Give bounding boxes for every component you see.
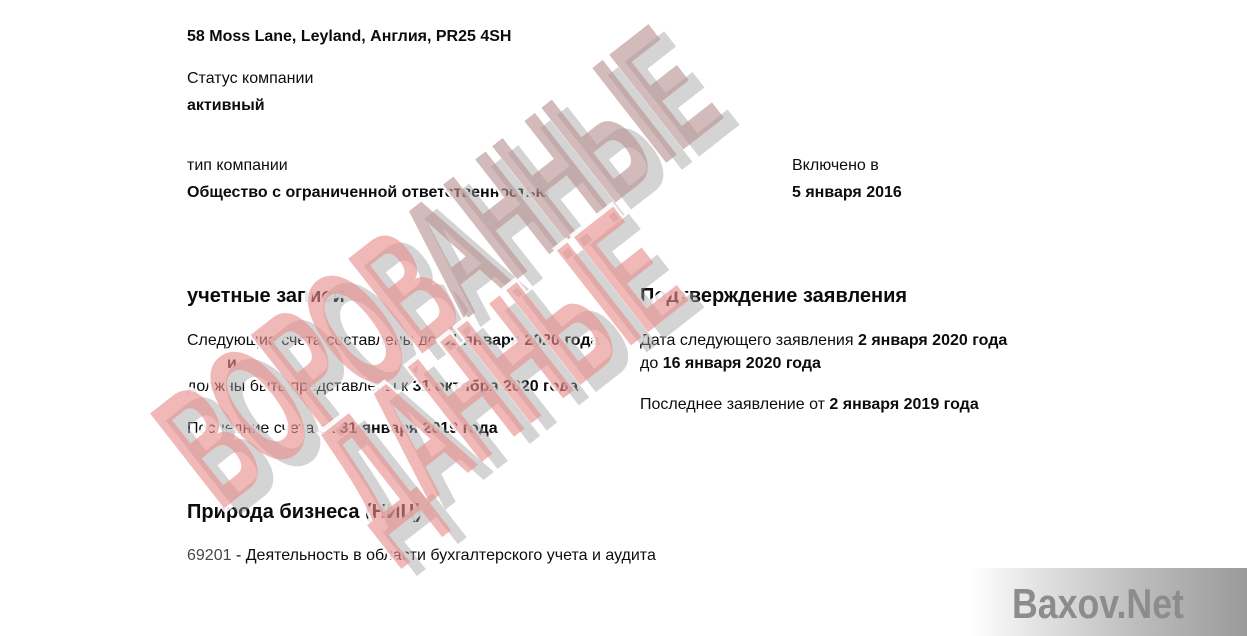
watermark-text: Baxov.Net bbox=[1012, 580, 1184, 628]
company-status-value: активный bbox=[187, 97, 265, 115]
confirmation-last: Последнее заявление от 2 января 2019 год… bbox=[640, 393, 979, 416]
sic-code: 69201 bbox=[187, 547, 232, 564]
accounts-and-word: и bbox=[227, 352, 237, 375]
company-type-label: тип компании bbox=[187, 157, 288, 175]
company-status-label: Статус компании bbox=[187, 70, 313, 88]
sic-description: Деятельность в области бухгалтерского уч… bbox=[246, 547, 656, 564]
incorporated-label: Включено в bbox=[792, 157, 879, 175]
confirmation-last-date: 2 января 2019 года bbox=[829, 396, 978, 413]
accounts-and bbox=[187, 352, 191, 375]
confirmation-last-prefix: Последнее заявление от bbox=[640, 396, 825, 413]
company-type-value: Общество с ограниченной ответственностью bbox=[187, 184, 549, 202]
sic-heading: Природа бизнеса (НИЦ) bbox=[187, 501, 422, 524]
sic-item: 69201 - Деятельность в области бухгалтер… bbox=[187, 544, 656, 567]
watermark-logo: Baxov.Net bbox=[970, 568, 1247, 636]
accounts-next: Следующие счета составлены до 31 января … bbox=[187, 329, 691, 352]
incorporated-value: 5 января 2016 bbox=[792, 184, 902, 202]
confirmation-due-date: 16 января 2020 года bbox=[663, 355, 821, 372]
confirmation-next-date: 2 января 2020 года bbox=[858, 332, 1007, 349]
confirmation-next: Дата следующего заявления 2 января 2020 … bbox=[640, 329, 1007, 352]
accounts-next-prefix: Следующие счета составлены до bbox=[187, 332, 437, 349]
sic-separator: - bbox=[232, 547, 246, 564]
accounts-due: должны быть представлены к 31 октября 20… bbox=[187, 375, 578, 398]
confirmation-due: до 16 января 2020 года bbox=[640, 352, 821, 375]
accounts-last-prefix: Последние счета за bbox=[187, 420, 335, 437]
confirmation-next-prefix: Дата следующего заявления bbox=[640, 332, 854, 349]
accounts-due-prefix: должны быть представлены к bbox=[187, 378, 408, 395]
accounts-heading: учетные записи bbox=[187, 285, 345, 308]
stamp-line-1a: ВОРОВ bbox=[123, 199, 486, 542]
accounts-last: Последние счета за 31 января 2019 года bbox=[187, 417, 498, 440]
accounts-last-date: 31 января 2019 года bbox=[339, 420, 497, 437]
confirmation-due-prefix: до bbox=[640, 355, 658, 372]
confirmation-heading: Подтверждение заявления bbox=[640, 285, 907, 308]
accounts-due-date: 31 октября 2020 года bbox=[413, 378, 579, 395]
registered-address: 58 Moss Lane, Leyland, Англия, PR25 4SH bbox=[187, 28, 511, 46]
stolen-data-stamp: ВОРОВАННЫЕ ДАННЫЕ bbox=[0, 0, 1247, 636]
